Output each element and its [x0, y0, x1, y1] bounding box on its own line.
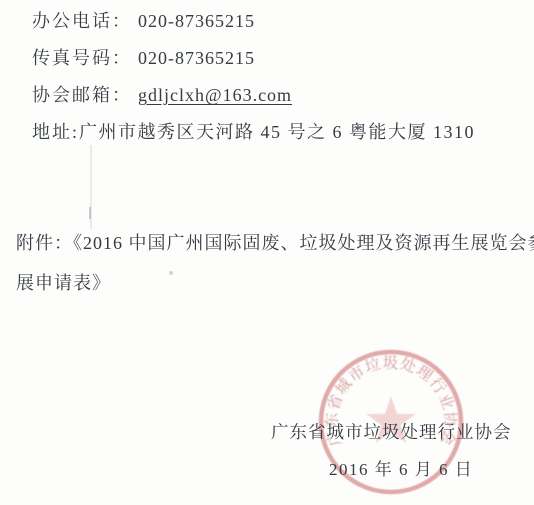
scan-artifact-dot — [169, 271, 173, 275]
email-label: 协会邮箱： — [32, 85, 132, 105]
fax-label: 传真号码： — [32, 48, 132, 68]
email-value: gdljclxh@163.com — [138, 85, 292, 105]
address-value: 广州市越秀区天河路 45 号之 6 粤能大厦 1310 — [79, 122, 475, 142]
contact-line-fax: 传真号码：020-87365215 — [32, 44, 255, 70]
fax-value: 020-87365215 — [138, 48, 255, 68]
signoff-date: 2016 年 6 月 6 日 — [329, 455, 473, 480]
attachment-line-1: 附件：《2016 中国广州国际固废、垃圾处理及资源再生展览会参 — [16, 229, 534, 255]
attachment-line-2: 展申请表》 — [16, 269, 111, 295]
contact-line-office-phone: 办公电话：020-87365215 — [32, 7, 255, 33]
contact-line-email: 协会邮箱：gdljclxh@163.com — [32, 81, 292, 107]
office-phone-label: 办公电话： — [32, 11, 132, 31]
organization-signature: 广东省城市垃圾处理行业协会 — [271, 419, 512, 444]
scanned-letter-page: 办公电话：020-87365215 传真号码：020-87365215 协会邮箱… — [0, 0, 534, 505]
office-phone-value: 020-87365215 — [138, 11, 255, 31]
contact-line-address: 地址:广州市越秀区天河路 45 号之 6 粤能大厦 1310 — [32, 118, 475, 144]
address-label: 地址: — [32, 122, 79, 142]
scan-artifact-dash — [89, 207, 91, 219]
